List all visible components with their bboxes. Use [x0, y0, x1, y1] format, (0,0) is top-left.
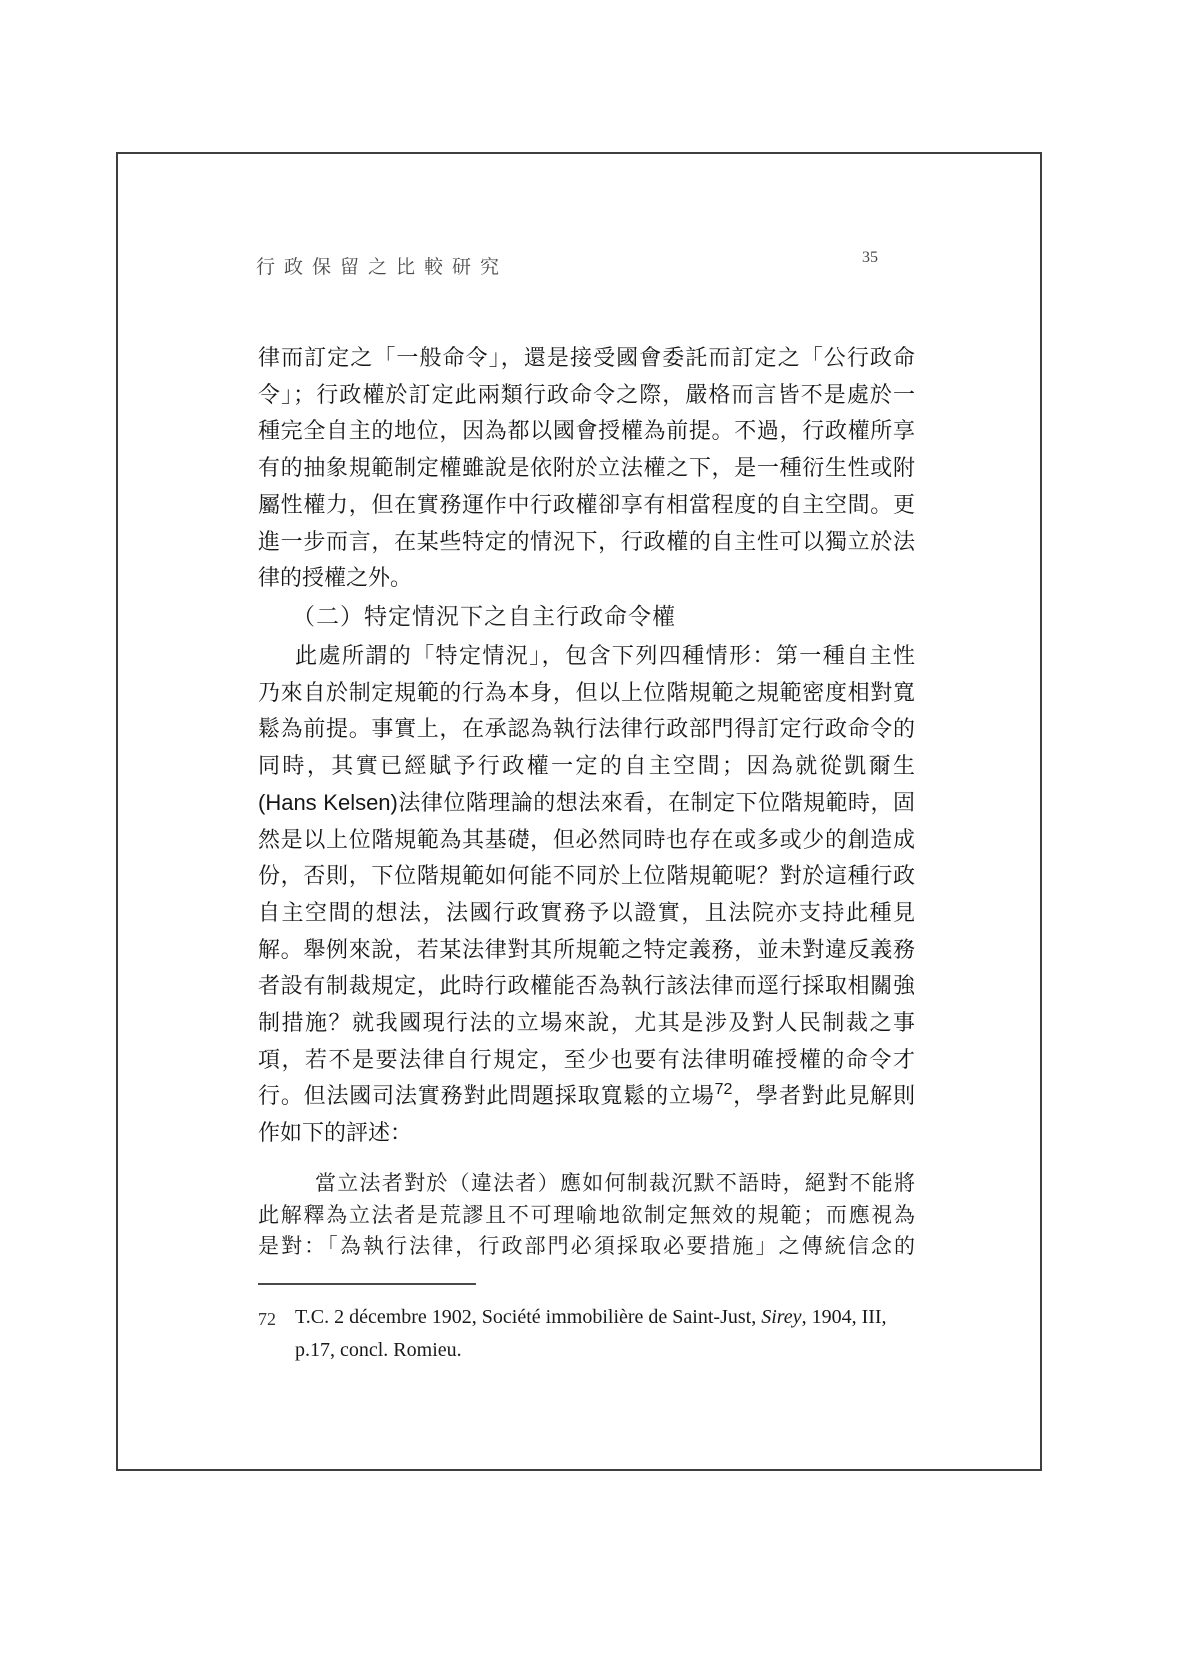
- page-number: 35: [816, 249, 878, 267]
- body-text: 行。但法國司法實務對此問題採取寬鬆的立場: [258, 1083, 715, 1108]
- footnote-number: 72: [258, 1303, 276, 1336]
- quote-line: 此解釋為立法者是荒謬且不可理喻地欲制定無效的規範；而應視為: [258, 1200, 915, 1232]
- body-line: 作如下的評述：: [258, 1115, 915, 1152]
- body-line: 有的抽象規範制定權雖說是依附於立法權之下，是一種衍生性或附: [258, 450, 915, 487]
- body-line: 進一步而言，在某些特定的情況下，行政權的自主性可以獨立於法: [258, 524, 915, 561]
- body-line: 自主空間的想法，法國行政實務予以證實，且法院亦支持此種見: [258, 895, 915, 932]
- body-line: 律而訂定之「一般命令」，還是接受國會委託而訂定之「公行政命: [258, 340, 915, 377]
- body-line: 鬆為前提。事實上，在承認為執行法律行政部門得訂定行政命令的: [258, 711, 915, 748]
- paragraph-2: 此處所謂的「特定情況」，包含下列四種情形：第一種自主性 乃來自於制定規範的行為本…: [258, 638, 915, 1152]
- body-line: 者設有制裁規定，此時行政權能否為執行該法律而逕行採取相關強: [258, 968, 915, 1005]
- body-line: 解。舉例來說，若某法律對其所規範之特定義務，並未對違反義務: [258, 932, 915, 969]
- block-quote: 當立法者對於（違法者）應如何制裁沉默不語時，絕對不能將 此解釋為立法者是荒謬且不…: [258, 1168, 915, 1263]
- scanned-book-page: 行政保留之比較研究 35 律而訂定之「一般命令」，還是接受國會委託而訂定之「公行…: [0, 0, 1177, 1664]
- footnote-divider: [258, 1283, 476, 1285]
- footnote-text: T.C. 2 décembre 1902, Société immobilièr…: [295, 1306, 887, 1361]
- footnote-citation-italic: Sirey: [761, 1306, 801, 1328]
- quote-line: 當立法者對於（違法者）應如何制裁沉默不語時，絕對不能將: [258, 1168, 915, 1200]
- body-line: 制措施？就我國現行法的立場來說，尤其是涉及對人民制裁之事: [258, 1005, 915, 1042]
- body-line: 律的授權之外。: [258, 560, 915, 597]
- body-line: 同時，其實已經賦予行政權一定的自主空間；因為就從凱爾生: [258, 748, 915, 785]
- body-line-with-footnote-ref: 行。但法國司法實務對此問題採取寬鬆的立場72，學者對此見解則: [258, 1078, 915, 1115]
- footnote-text-segment: T.C. 2 décembre 1902, Société immobilièr…: [295, 1306, 761, 1328]
- body-line: 乃來自於制定規範的行為本身，但以上位階規範之規範密度相對寬: [258, 675, 915, 712]
- section-heading: （二）特定情況下之自主行政命令權: [258, 598, 915, 631]
- body-line: (Hans Kelsen)法律位階理論的想法來看，在制定下位階規範時，固: [258, 785, 915, 822]
- body-line: 屬性權力，但在實務運作中行政權卻享有相當程度的自主空間。更: [258, 487, 915, 524]
- page-frame: 行政保留之比較研究 35 律而訂定之「一般命令」，還是接受國會委託而訂定之「公行…: [116, 152, 1042, 1471]
- body-line: 令」；行政權於訂定此兩類行政命令之際，嚴格而言皆不是處於一: [258, 377, 915, 414]
- body-line: 此處所謂的「特定情況」，包含下列四種情形：第一種自主性: [258, 638, 915, 675]
- body-text: ，學者對此見解則: [732, 1083, 915, 1108]
- quote-line: 是對：「為執行法律，行政部門必須採取必要措施」之傳統信念的: [258, 1231, 915, 1263]
- footnote-reference-72: 72: [715, 1081, 733, 1098]
- running-head-title: 行政保留之比較研究: [256, 257, 508, 279]
- body-line: 然是以上位階規範為其基礎，但必然同時也存在或多或少的創造成: [258, 822, 915, 859]
- body-line: 種完全自主的地位，因為都以國會授權為前提。不過，行政權所享: [258, 413, 915, 450]
- paragraph-1: 律而訂定之「一般命令」，還是接受國會委託而訂定之「公行政命 令」；行政權於訂定此…: [258, 340, 915, 597]
- body-line: 項，若不是要法律自行規定，至少也要有法律明確授權的命令才: [258, 1042, 915, 1079]
- body-line: 份，否則，下位階規範如何能不同於上位階規範呢？對於這種行政: [258, 858, 915, 895]
- footnote: 72 T.C. 2 décembre 1902, Société immobil…: [258, 1301, 920, 1367]
